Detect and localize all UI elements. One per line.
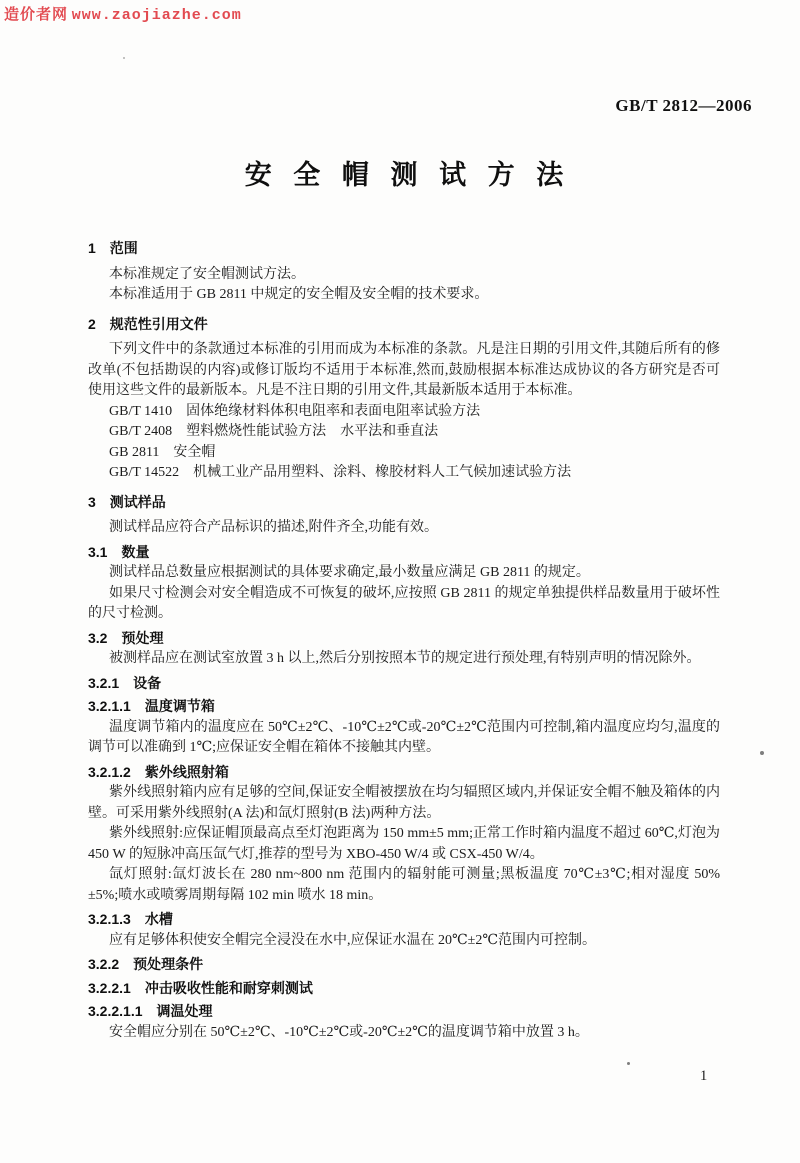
paragraph: 测试样品总数量应根据测试的具体要求确定,最小数量应满足 GB 2811 的规定。 [88,563,720,584]
paragraph: 紫外线照射:应保证帽顶最高点至灯泡距离为 150 mm±5 mm;正常工作时箱内… [88,824,720,865]
subsection-heading: 3.2.2.1 冲击吸收性能和耐穿刺测试 [88,978,720,999]
paragraph: 温度调节箱内的温度应在 50℃±2℃、-10℃±2℃或-20℃±2℃范围内可控制… [88,718,720,759]
paragraph: 本标准规定了安全帽测试方法。 [88,265,720,286]
subsection-heading: 3.2.1.2 紫外线照射箱 [88,762,720,783]
section-heading: 3 测试样品 [88,492,720,513]
paragraph: 应有足够体积使安全帽完全浸没在水中,应保证水温在 20℃±2℃范围内可控制。 [88,931,720,952]
section-heading: 2 规范性引用文件 [88,314,720,335]
paragraph: 如果尺寸检测会对安全帽造成不可恢复的破坏,应按照 GB 2811 的规定单独提供… [88,584,720,625]
reference-item: GB 2811 安全帽 [88,443,720,464]
subsection-heading: 3.2.1 设备 [88,673,720,694]
document-page: 造价者网 www.zaojiazhe.com GB/T 2812—2006 安全… [0,0,800,1163]
subsection-heading: 3.2.2 预处理条件 [88,954,720,975]
document-body: 安全帽测试方法 1 范围 本标准规定了安全帽测试方法。 本标准适用于 GB 28… [88,0,720,1043]
scan-speck [760,751,764,755]
paragraph: 紫外线照射箱内应有足够的空间,保证安全帽被摆放在均匀辐照区域内,并保证安全帽不触… [88,783,720,824]
scan-speck [123,57,125,59]
paragraph: 氙灯照射:氙灯波长在 280 nm~800 nm 范围内的辐射能可测量;黑板温度… [88,865,720,906]
watermark-site-name: 造价者网 [4,6,68,23]
paragraph: 下列文件中的条款通过本标准的引用而成为本标准的条款。凡是注日期的引用文件,其随后… [88,340,720,402]
document-title: 安全帽测试方法 [88,158,720,192]
subsection-heading: 3.1 数量 [88,542,720,563]
paragraph: 被测样品应在测试室放置 3 h 以上,然后分别按照本节的规定进行预处理,有特别声… [88,649,720,670]
subsection-heading: 3.2.2.1.1 调温处理 [88,1001,720,1022]
scan-speck [627,1062,630,1065]
paragraph: 本标准适用于 GB 2811 中规定的安全帽及安全帽的技术要求。 [88,285,720,306]
page-number: 1 [700,1068,707,1085]
paragraph: 测试样品应符合产品标识的描述,附件齐全,功能有效。 [88,518,720,539]
subsection-heading: 3.2.1.1 温度调节箱 [88,696,720,717]
section-heading: 1 范围 [88,238,720,259]
subsection-heading: 3.2.1.3 水槽 [88,909,720,930]
reference-item: GB/T 2408 塑料燃烧性能试验方法 水平法和垂直法 [88,422,720,443]
reference-item: GB/T 1410 固体绝缘材料体积电阻率和表面电阻率试验方法 [88,402,720,423]
paragraph: 安全帽应分别在 50℃±2℃、-10℃±2℃或-20℃±2℃的温度调节箱中放置 … [88,1023,720,1044]
subsection-heading: 3.2 预处理 [88,628,720,649]
reference-item: GB/T 14522 机械工业产品用塑料、涂料、橡胶材料人工气候加速试验方法 [88,463,720,484]
